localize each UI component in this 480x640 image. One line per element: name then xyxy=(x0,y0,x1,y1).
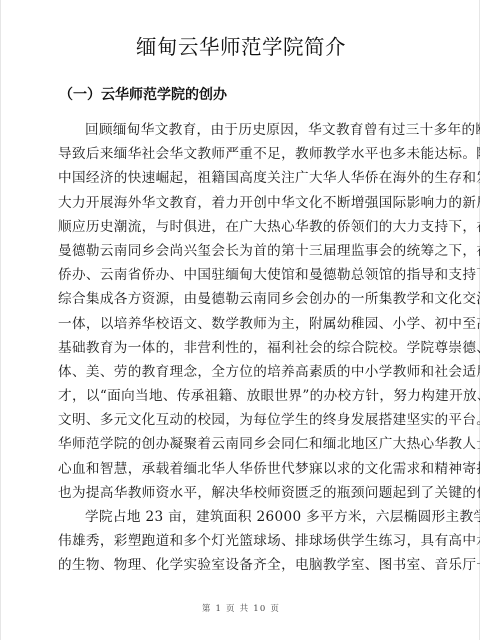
section-heading: （一）云华师范学院的创办 xyxy=(59,84,227,104)
paragraph-line: 侨办、云南省侨办、中国驻缅甸大使馆和曼德勒总领馆的指导和支持下， xyxy=(58,263,424,287)
document-body: 回顾缅甸华文教育，由于历史原因，华文教育曾有过三十多年的断层， 导致后来缅华社会… xyxy=(58,118,424,578)
paragraph-line: 华师范学院的创办凝聚着云南同乡会同仁和缅北地区广大热心华教人士的 xyxy=(58,432,424,456)
paragraph-line: 也为提高华教师资水平，解决华校师资匮乏的瓶颈问题起到了关键的作用。 xyxy=(58,481,424,505)
paragraph-line: 综合集成各方资源，由曼德勒云南同乡会创办的一所集教学和文化交流为 xyxy=(58,287,424,311)
paragraph-line: 基础教育为一体的，非营利性的，福利社会的综合院校。学院尊崇德、智、 xyxy=(58,336,424,360)
paragraph-line: 一体，以培养华校语文、数学教师为主，附属幼稚园、小学、初中至高中 xyxy=(58,312,424,336)
paragraph-line: 顺应历史潮流，与时俱进，在广大热心华教的侨领们的大力支持下，在以 xyxy=(58,215,424,239)
paragraph-line: 中国经济的快速崛起，祖籍国高度关注广大华人华侨在海外的生存和发展， xyxy=(58,166,424,190)
paragraph-line: 才，以“面向当地、传承祖籍、放眼世界”的办校方针，努力构建开放、 xyxy=(58,384,424,408)
paragraph-line: 曼德勒云南同乡会尚兴玺会长为首的第十三届理监事会的统筹之下，在国 xyxy=(58,239,424,263)
paragraph-line: 文明、多元文化互动的校园，为每位学生的终身发展搭建坚实的平台。云 xyxy=(58,408,424,432)
paragraph-line: 的生物、物理、化学实验室设备齐全，电脑教学室、图书室、音乐厅一应 xyxy=(58,553,424,577)
paragraph-line: 回顾缅甸华文教育，由于历史原因，华文教育曾有过三十多年的断层， xyxy=(58,118,424,142)
paragraph-line: 心血和智慧，承载着缅北华人华侨世代梦寐以求的文化需求和精神寄托， xyxy=(58,457,424,481)
paragraph-line: 大力开展海外华文教育，着力开创中华文化不断增强国际影响力的新局面， xyxy=(58,191,424,215)
document-page: 缅甸云华师范学院简介 （一）云华师范学院的创办 回顾缅甸华文教育，由于历史原因，… xyxy=(0,0,480,640)
paragraph-line: 体、美、劳的教育理念，全方位的培养高素质的中小学教师和社会适用人 xyxy=(58,360,424,384)
document-title: 缅甸云华师范学院简介 xyxy=(1,30,480,60)
paragraph-line: 学院占地 23 亩，建筑面积 26000 多平方米，六层椭圆形主教学大楼宏 xyxy=(58,505,424,529)
paragraph-line: 伟雄秀，彩塑跑道和多个灯光篮球场、排球场供学生练习，具有高中水平 xyxy=(58,529,424,553)
paragraph-line: 导致后来缅华社会华文教师严重不足，教师教学水平也多未能达标。随着 xyxy=(58,142,424,166)
page-number-footer: 第 1 页 共 10 页 xyxy=(1,602,480,614)
